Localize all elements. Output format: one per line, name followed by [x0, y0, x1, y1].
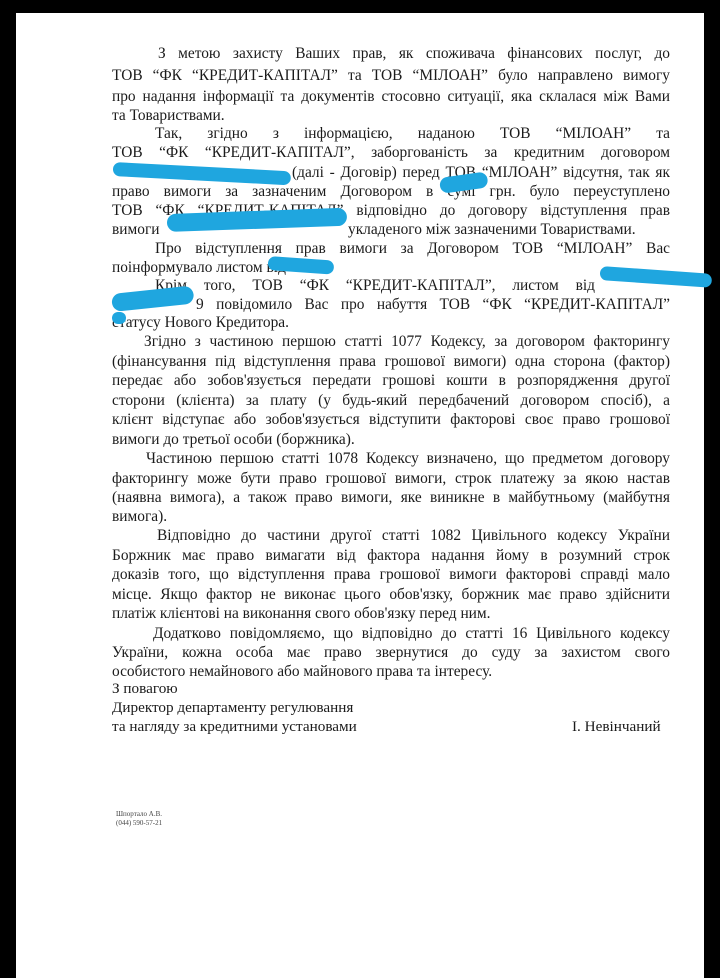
- p5-line2: (фінансування під відступлення права гро…: [112, 352, 670, 371]
- p7-line2: Боржник має право вимагати від фактора н…: [112, 546, 670, 565]
- p1-line3: про надання інформації та документів сто…: [112, 87, 670, 106]
- p7-line5: платіж клієнтові на виконання свого обов…: [112, 604, 670, 623]
- p4-line1: Крім того, ТОВ “ФК “КРЕДИТ-КАПІТАЛ”, лис…: [155, 276, 595, 295]
- p5-line6: вимоги до третьої особи (боржника).: [112, 430, 670, 449]
- p2-line2: ТОВ “ФК “КРЕДИТ-КАПІТАЛ”, заборгованість…: [112, 143, 670, 162]
- p8-line2: України, кожна особа має право звернутис…: [112, 643, 670, 662]
- signer-position-2: та нагляду за кредитними установами: [112, 717, 357, 736]
- p6-line3: (наявна вимога), а також право вимоги, я…: [112, 488, 670, 507]
- signer-position-1: Директор департаменту регулювання: [112, 698, 353, 717]
- p1-line1: З метою захисту Ваших прав, як споживача…: [158, 44, 670, 63]
- p5-line5: клієнт відступає або зобов'язується відс…: [112, 410, 670, 429]
- p6-line1: Частиною першою статті 1078 Кодексу визн…: [146, 449, 670, 468]
- p7-line4: місце. Якщо фактор не виконає цього обов…: [112, 585, 670, 604]
- p1-line4: та Товариствами.: [112, 106, 670, 125]
- executor-name: Шпортало А.В.: [116, 810, 162, 819]
- p3-line1: Про відступлення прав вимоги за Договоро…: [155, 239, 670, 258]
- p4-line3: статусу Нового Кредитора.: [112, 313, 670, 332]
- executor-phone: (044) 590-57-21: [116, 819, 162, 828]
- p7-line1: Відповідно до частини другої статті 1082…: [157, 526, 670, 545]
- p4-line2: 9 повідомило Вас про набуття ТОВ “ФК “КР…: [196, 295, 670, 314]
- p8-line1: Додатково повідомляємо, що відповідно до…: [153, 624, 670, 643]
- p7-line3: доказів того, що відступлення права грош…: [112, 565, 670, 584]
- p8-line3: особистого немайнового або майнового пра…: [112, 662, 670, 681]
- p2-line4: право вимоги за зазначеним Договором в с…: [112, 182, 670, 201]
- p6-line2: факторингу може бути право грошової вимо…: [112, 469, 670, 488]
- signer-name: І. Невінчаний: [572, 717, 661, 736]
- p6-line4: вимога).: [112, 507, 670, 526]
- p3-line2: поінформувало листом від: [112, 258, 670, 277]
- p5-line1: Згідно з частиною першою статті 1077 Код…: [144, 332, 670, 351]
- closing: З повагою: [112, 679, 178, 698]
- p5-line4: сторони (клієнта) за плату (у будь-який …: [112, 391, 670, 410]
- p2-line6b: укладеного між зазначеними Товариствами.: [348, 220, 670, 239]
- p2-line1: Так, згідно з інформацією, наданою ТОВ “…: [155, 124, 670, 143]
- p5-line3: передає або зобов'язується передати грош…: [112, 371, 670, 390]
- redaction-mark: [112, 312, 126, 324]
- p1-line2: ТОВ “ФК “КРЕДИТ-КАПІТАЛ” та ТОВ “МІЛОАН”…: [112, 66, 670, 85]
